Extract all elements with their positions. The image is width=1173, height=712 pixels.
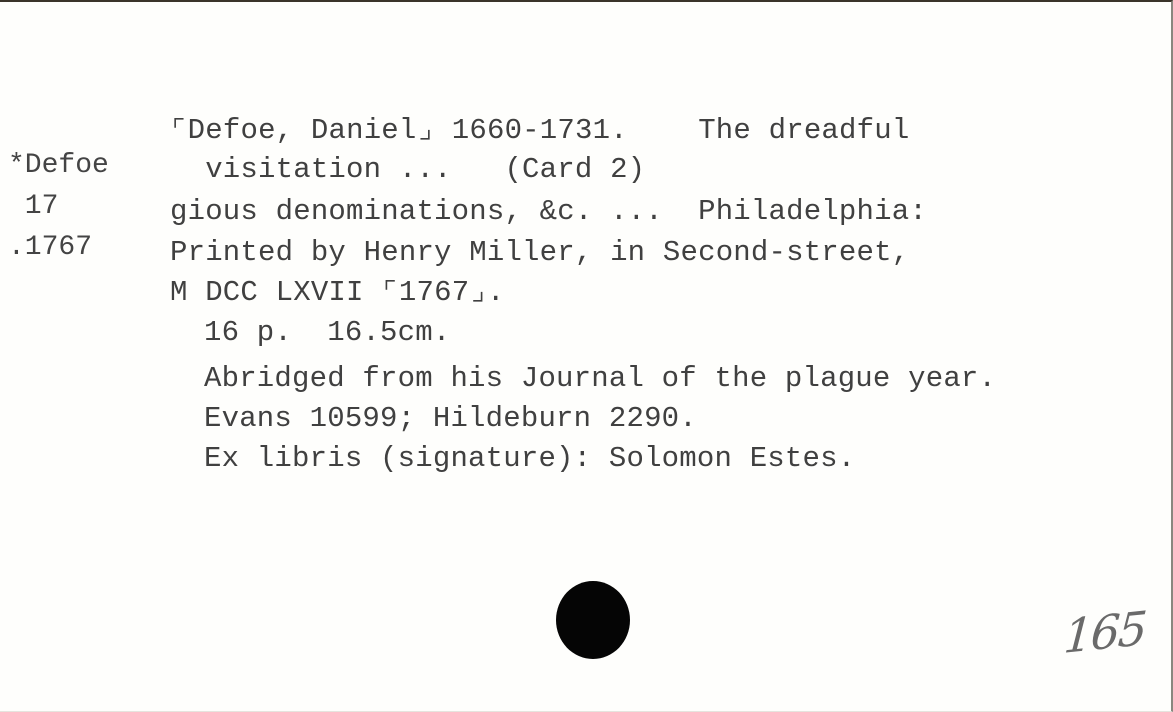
- title-line-3: gious denominations, &c. ... Philadelphi…: [170, 197, 927, 226]
- title-continuation: visitation ... (Card 2): [170, 155, 645, 184]
- call-number-line-3: .1767: [8, 234, 92, 262]
- note-abridged: Abridged from his Journal of the plague …: [204, 364, 996, 393]
- punch-hole: [556, 581, 630, 659]
- imprint-line: Printed by Henry Miller, in Second-stree…: [170, 238, 909, 267]
- call-number-line-1: *Defoe: [8, 152, 109, 180]
- catalog-card: *Defoe 17 .1767 ⌜Defoe, Daniel⌟ 1660-173…: [0, 0, 1173, 712]
- call-number-line-2: 17: [8, 193, 58, 221]
- collation-line: 16 p. 16.5cm.: [204, 318, 450, 347]
- note-ex-libris: Ex libris (signature): Solomon Estes.: [204, 444, 855, 473]
- note-references: Evans 10599; Hildeburn 2290.: [204, 404, 697, 433]
- handwritten-number: 165: [1062, 601, 1147, 664]
- author-heading-line: ⌜Defoe, Daniel⌟ 1660-1731. The dreadful: [170, 116, 909, 145]
- imprint-date-line: M DCC LXVII ⌜1767⌟.: [170, 278, 505, 307]
